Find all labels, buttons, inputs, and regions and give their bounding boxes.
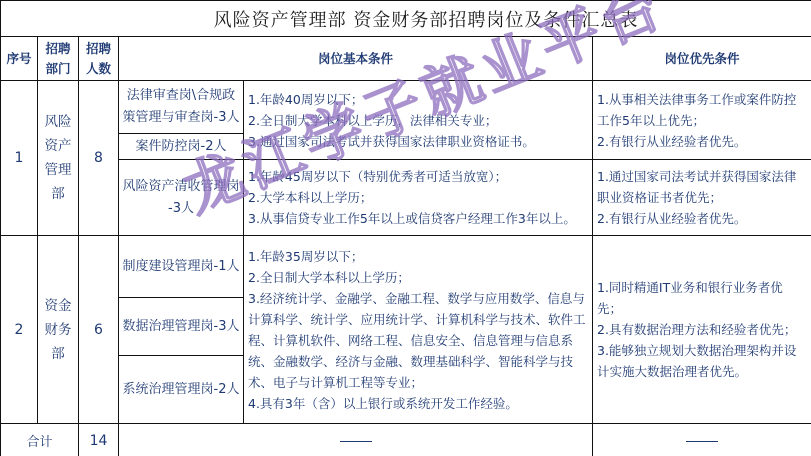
group-count: 8 (79, 81, 119, 236)
group-dept: 资金 财务 部 (38, 236, 79, 424)
total-priority (593, 424, 811, 456)
post-line: 策管理与审查岗-3人 (122, 107, 240, 129)
condition-item: 2.有银行从业经验者优先。 (597, 131, 807, 152)
header-row: 序号 招聘 部门 招聘 人数 岗位基本条件 岗位优先条件 (1, 37, 811, 81)
dept-line: 部 (38, 182, 78, 206)
post-line: 制度建设管理岗-1人 (122, 256, 240, 278)
post-cell: 制度建设管理岗-1人 (119, 236, 244, 298)
table-row: 2 资金 财务 部 6 制度建设管理岗-1人 1.年龄35周岁以下； 2.全日制… (1, 236, 811, 298)
header-count-line2: 人数 (79, 59, 118, 79)
post-line: 法律审查岗\合规政 (122, 85, 240, 107)
dept-line: 资金 (38, 294, 78, 318)
dept-line: 财务 (38, 318, 78, 342)
header-count-line1: 招聘 (79, 39, 118, 59)
header-dept-line1: 招聘 (38, 39, 78, 59)
table-title: 风险资产管理部 资金财务部招聘岗位及条件汇总表 (1, 1, 811, 37)
dept-line: 部 (38, 342, 78, 366)
post-line: 案件防控岗-2人 (122, 136, 240, 158)
priority-conditions-cell: 1.同时精通IT业务和银行业务者优先； 2.具有数据治理方法和经验者优先； 3.… (593, 236, 811, 424)
post-cell: 风险资产清收管理岗 -3人 (119, 160, 244, 236)
condition-item: 1.年龄35周岁以下； (248, 246, 588, 267)
post-line: 风险资产清收管理岗 (122, 176, 240, 198)
post-line: -3人 (122, 198, 240, 220)
total-row: 合计 14 (1, 424, 811, 456)
basic-conditions-cell: 1.年龄45周岁以下（特别优秀者可适当放宽）； 2.大学本科以上学历； 3.从事… (244, 160, 593, 236)
total-count: 14 (79, 424, 119, 456)
condition-item: 2.全日制大学本科以上学历，法律相关专业； (248, 110, 588, 131)
post-cell: 系统治理管理岗-2人 (119, 356, 244, 424)
post-cell: 法律审查岗\合规政 策管理与审查岗-3人 (119, 81, 244, 134)
priority-conditions-cell: 1.通过国家司法考试并获得国家法律职业资格证书者优先； 2.有银行从业经验者优先… (593, 160, 811, 236)
total-label: 合计 (1, 424, 79, 456)
dept-line: 资产 (38, 134, 78, 158)
condition-item: 3.通过国家司法考试并获得国家法律职业资格证书。 (248, 131, 588, 152)
dash-placeholder (686, 441, 718, 442)
post-line: 数据治理管理岗-3人 (122, 316, 240, 338)
condition-item: 4.具有3年（含）以上银行或系统开发工作经验。 (248, 393, 588, 414)
header-priority-conditions: 岗位优先条件 (593, 37, 811, 81)
group-seq: 1 (1, 81, 38, 236)
condition-item: 1.通过国家司法考试并获得国家法律职业资格证书者优先； (597, 166, 807, 208)
priority-conditions-cell: 1.从事相关法律事务工作或案件防控工作5年以上优先； 2.有银行从业经验者优先。 (593, 81, 811, 160)
basic-conditions-cell: 1.年龄40周岁以下； 2.全日制大学本科以上学历，法律相关专业； 3.通过国家… (244, 81, 593, 160)
table-row: 1 风险 资产 管理 部 8 法律审查岗\合规政 策管理与审查岗-3人 1.年龄… (1, 81, 811, 134)
condition-item: 1.从事相关法律事务工作或案件防控工作5年以上优先； (597, 89, 807, 131)
header-seq: 序号 (1, 37, 38, 81)
condition-item: 1.年龄45周岁以下（特别优秀者可适当放宽）； (248, 166, 588, 187)
dept-line: 风险 (38, 110, 78, 134)
post-cell: 数据治理管理岗-3人 (119, 298, 244, 356)
condition-item: 3.从事信贷专业工作5年以上或信贷客户经理工作3年以上。 (248, 208, 588, 229)
group-seq: 2 (1, 236, 38, 424)
dash-placeholder (340, 441, 372, 442)
header-dept-line2: 部门 (38, 59, 78, 79)
condition-item: 2.全日制大学本科以上学历； (248, 267, 588, 288)
condition-item: 2.大学本科以上学历； (248, 187, 588, 208)
recruitment-summary-table: 风险资产管理部 资金财务部招聘岗位及条件汇总表 序号 招聘 部门 招聘 人数 岗… (0, 0, 811, 456)
basic-conditions-cell: 1.年龄35周岁以下； 2.全日制大学本科以上学历； 3.经济统计学、金融学、金… (244, 236, 593, 424)
table-row: 风险资产清收管理岗 -3人 1.年龄45周岁以下（特别优秀者可适当放宽）； 2.… (1, 160, 811, 236)
post-line: 系统治理管理岗-2人 (122, 379, 240, 401)
condition-item: 3.经济统计学、金融学、金融工程、数学与应用数学、信息与计算科学、统计学、应用统… (248, 288, 588, 393)
condition-item: 3.能够独立规划大数据治理架构并设计实施大数据治理者优先。 (597, 340, 807, 382)
condition-item: 2.具有数据治理方法和经验者优先； (597, 319, 807, 340)
group-dept: 风险 资产 管理 部 (38, 81, 79, 236)
dept-line: 管理 (38, 158, 78, 182)
condition-item: 1.同时精通IT业务和银行业务者优先； (597, 277, 807, 319)
condition-item: 2.有银行从业经验者优先。 (597, 208, 807, 229)
total-basic (119, 424, 593, 456)
post-cell: 案件防控岗-2人 (119, 134, 244, 160)
group-count: 6 (79, 236, 119, 424)
header-count: 招聘 人数 (79, 37, 119, 81)
header-basic-conditions: 岗位基本条件 (119, 37, 593, 81)
condition-item: 1.年龄40周岁以下； (248, 89, 588, 110)
header-dept: 招聘 部门 (38, 37, 79, 81)
